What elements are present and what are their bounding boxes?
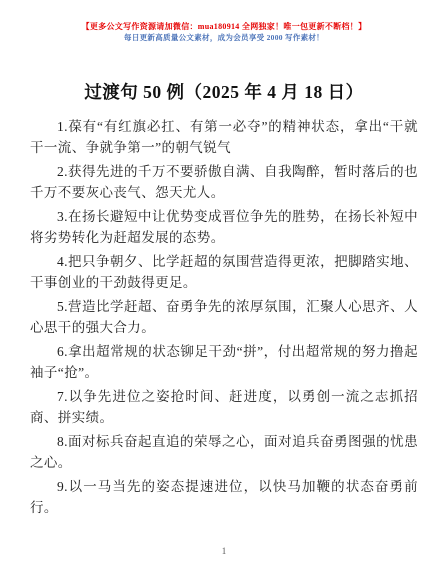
- body-paragraph: 1.葆有“有红旗必扛、有第一必夺”的精神状态，拿出“干就干一流、争就争第一”的朝…: [30, 116, 418, 158]
- watermark-ad-line-blue: 每日更新高质量公文素材，成为会员享受 2000 写作素材！: [0, 32, 448, 43]
- body-paragraph: 6.拿出超常规的状态铆足干劲“拼”，付出超常规的努力撸起袖子“抢”。: [30, 341, 418, 383]
- body-paragraph: 7.以争先进位之姿抢时间、赶进度，以勇创一流之志抓招商、拼实绩。: [30, 386, 418, 428]
- watermark-ad-line-red: 【更多公文写作资源请加微信：mua180914 全网独家！唯一包更新不断档！】: [0, 21, 448, 32]
- body-paragraph: 9.以一马当先的姿态提速进位，以快马加鞭的状态奋勇前行。: [30, 476, 418, 518]
- body-paragraph: 3.在扬长避短中让优势变成晋位争先的胜势，在扬长补短中将劣势转化为赶超发展的态势…: [30, 206, 418, 248]
- page-number: 1: [0, 546, 448, 556]
- body-paragraph: 2.获得先进的千万不要骄傲自满、自我陶醉，暂时落后的也千万不要灰心丧气、怨天尤人…: [30, 161, 418, 203]
- page-title: 过渡句 50 例（2025 年 4 月 18 日）: [0, 79, 448, 104]
- document-page: 【更多公文写作资源请加微信：mua180914 全网独家！唯一包更新不断档！】 …: [0, 0, 448, 580]
- document-body: 1.葆有“有红旗必扛、有第一必夺”的精神状态，拿出“干就干一流、争就争第一”的朝…: [0, 116, 448, 518]
- body-paragraph: 4.把只争朝夕、比学赶超的氛围营造得更浓，把脚踏实地、干事创业的干劲鼓得更足。: [30, 251, 418, 293]
- body-paragraph: 8.面对标兵奋起直追的荣辱之心，面对追兵奋勇图强的忧患之心。: [30, 431, 418, 473]
- body-paragraph: 5.营造比学赶超、奋勇争先的浓厚氛围，汇聚人心思齐、人心思干的强大合力。: [30, 296, 418, 338]
- watermark-ad-block: 【更多公文写作资源请加微信：mua180914 全网独家！唯一包更新不断档！】 …: [0, 0, 448, 43]
